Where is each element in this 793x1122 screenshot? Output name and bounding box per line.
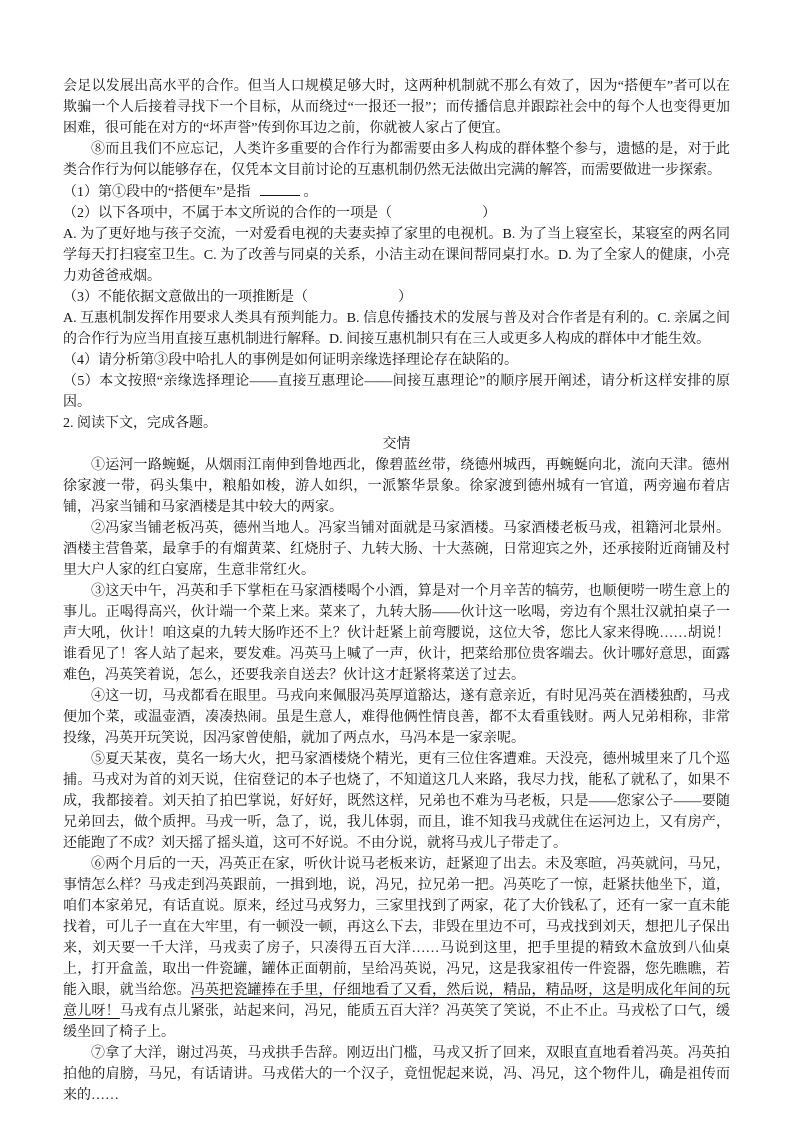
passage-paragraph-5: ⑤夏天某夜，莫名一场大火，把马家酒楼烧个精光，更有三位住客遭难。天没亮，德州城里… [63,749,730,854]
question-1-period: 。 [303,185,317,200]
question-3-stem: （3）不能依据文意做出的一项推断是（ [63,290,308,305]
question-2-options: A. 为了更好地与孩子交流，一对爱看电视的夫妻卖掉了家里的电视机。B. 为了当上… [63,224,730,287]
answer-paren-gap [308,300,398,301]
question-3-close-paren: ） [398,290,412,305]
passage-paragraph-2: ②冯家当铺老板冯英，德州当地人。冯家当铺对面就是马家酒楼。马家酒楼老板马戎，祖籍… [63,518,730,581]
question-2-close-paren: ） [482,206,496,221]
question-2-stem: （2）以下各项中，不属于本文所说的合作的一项是（ [63,206,392,221]
answer-paren-gap [392,216,482,217]
question-4: （4）请分析第③段中哈扎人的事例是如何证明亲缘选择理论存在缺陷的。 [63,350,730,371]
question-3-options: A. 互惠机制发挥作用要求人类具有预判能力。B. 信息传播技术的发展与普及对合作… [63,308,730,350]
reading1-continuation-text: 会足以发展出高水平的合作。但当人口规模足够大时，这两种机制就不那么有效了，因为“… [63,76,730,139]
question-1-text: （1）第①段中的“搭便车”是指 [63,185,250,200]
passage-title: 交情 [63,434,730,455]
question-1: （1）第①段中的“搭便车”是指。 [63,181,730,203]
question-3: （3）不能依据文意做出的一项推断是（） [63,287,730,308]
paragraph-6-text-after: 马戎有点儿紧张，站起来问，冯兄，能质五百大洋？冯英笑了笑说，不止不止。马戎松了口… [63,1004,730,1040]
document-page: 会足以发展出高水平的合作。但当人口规模足够大时，这两种机制就不那么有效了，因为“… [0,0,793,1122]
answer-blank-line [260,181,300,196]
reading2-intro: 2. 阅读下文，完成各题。 [63,413,730,434]
passage-paragraph-1: ①运河一路蜿蜒，从烟雨江南伸到鲁地西北，像碧蓝丝带，绕德州城西，再蜿蜒向北，流向… [63,455,730,518]
passage-paragraph-7: ⑦拿了大洋，谢过冯英，马戎拱手告辞。刚迈出门槛，马戎又折了回来，双眼直直地看着冯… [63,1043,730,1106]
passage-paragraph-3: ③这天中午，冯英和手下掌柜在马家酒楼喝个小酒，算是对一个月辛苦的犒劳，也顺便唠一… [63,581,730,686]
question-2: （2）以下各项中，不属于本文所说的合作的一项是（） [63,203,730,224]
passage-paragraph-6: ⑥两个月后的一天，冯英正在家，听伙计说马老板来访，赶紧迎了出去。未及寒暄，冯英就… [63,854,730,1043]
reading1-paragraph-8: ⑧而且我们不应忘记，人类许多重要的合作行为都需要由多人构成的群体整个参与，遗憾的… [63,139,730,181]
paragraph-6-text: ⑥两个月后的一天，冯英正在家，听伙计说马老板来访，赶紧迎了出去。未及寒暄，冯英就… [63,857,730,998]
passage-paragraph-4: ④这一切，马戎都看在眼里。马戎向来佩服冯英厚道豁达，遂有意亲近，有时见冯英在酒楼… [63,686,730,749]
question-5: （5）本文按照“亲缘选择理论——直接互惠理论——间接互惠理论”的顺序展开阐述，请… [63,371,730,413]
